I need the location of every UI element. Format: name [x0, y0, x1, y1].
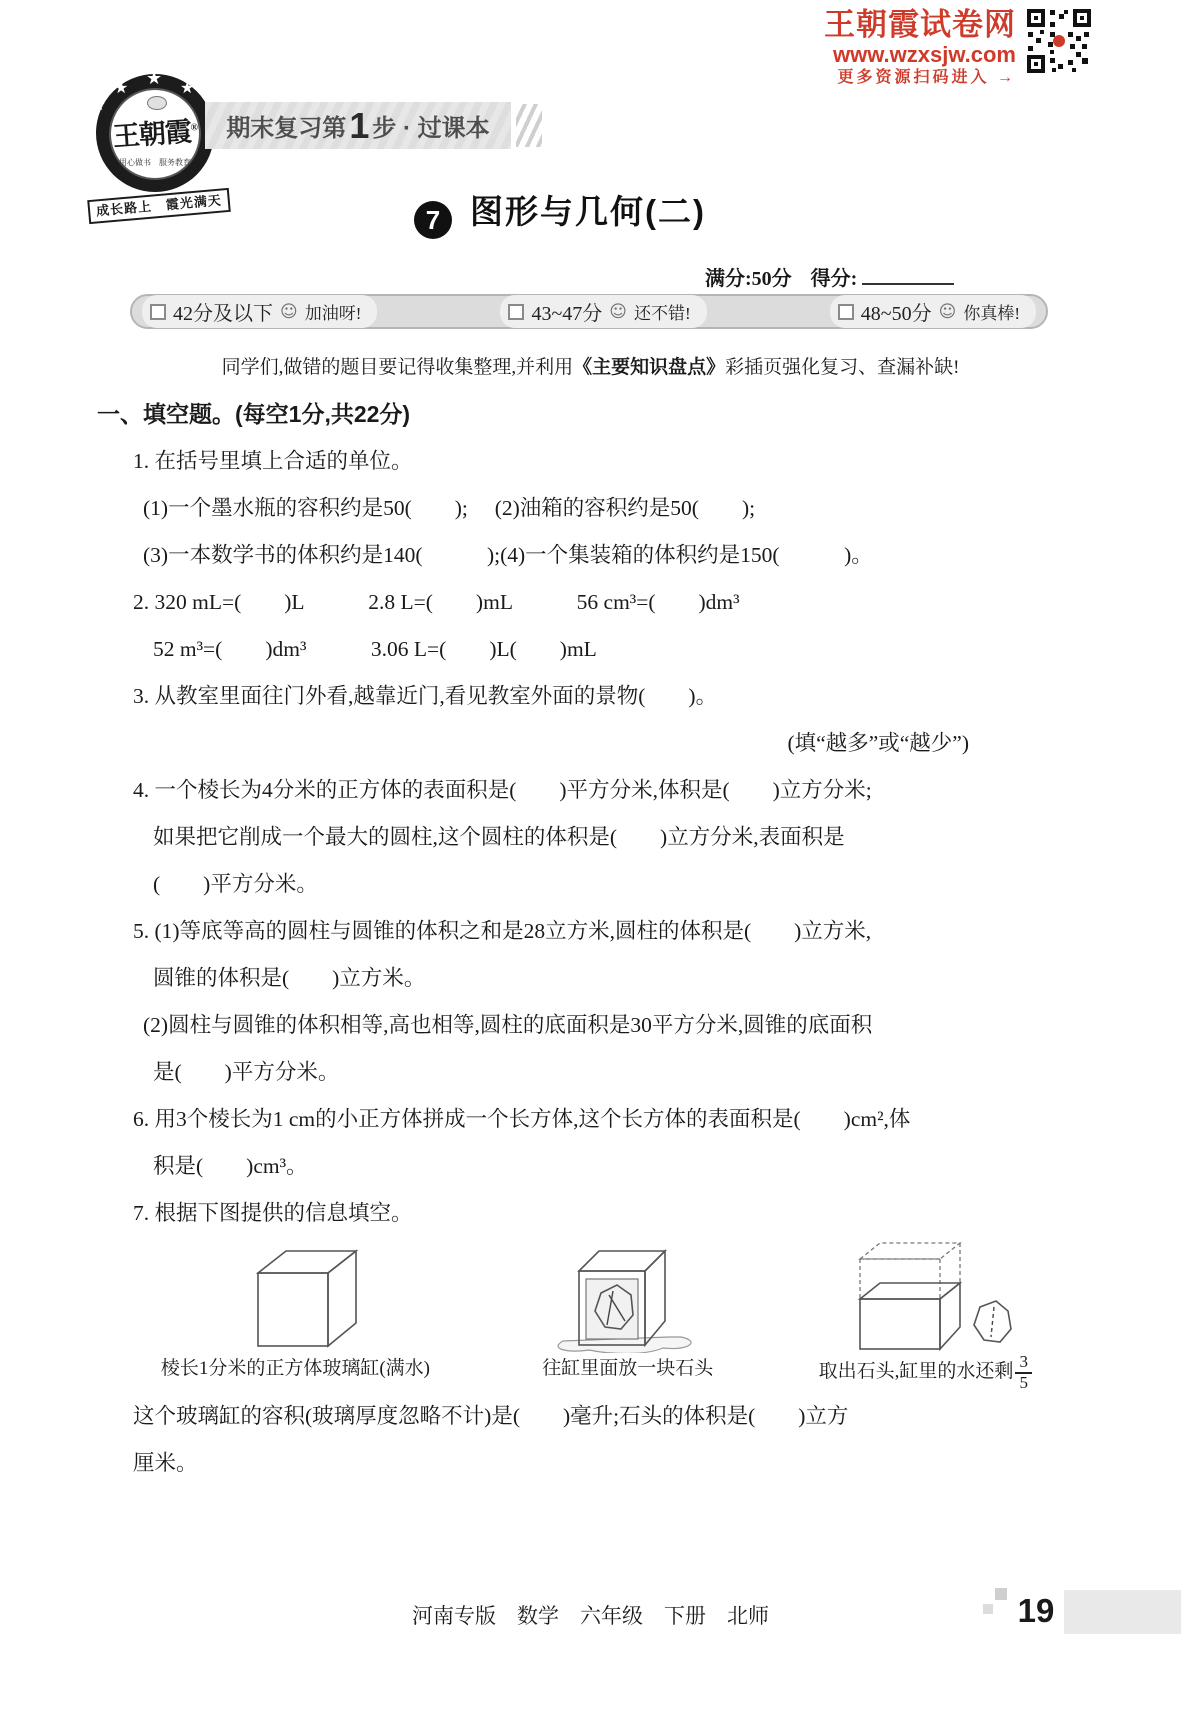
q7-figures — [97, 1241, 1089, 1353]
score-band-low: 42分及以下 ☺ 加油呀! — [142, 295, 377, 328]
logo-motto: 用心做书 服务教育 — [111, 157, 199, 168]
score-blank-line — [862, 269, 954, 285]
checkbox-high[interactable] — [838, 304, 854, 320]
q6-line: 积是( )cm³。 — [97, 1143, 1089, 1190]
section-title: 一、填空题。(每空1分,共22分) — [97, 391, 1089, 438]
q7-captions: 棱长1分米的正方体玻璃缸(满水) 往缸里面放一块石头 取出石头,缸里的水还剩35 — [97, 1353, 1089, 1393]
q6-line: 6. 用3个棱长为1 cm的小正方体拼成一个长方体,这个长方体的表面积是( )c… — [97, 1096, 1089, 1143]
star-icon: ★ — [114, 78, 128, 97]
got-score-label: 得分: — [811, 268, 858, 290]
figure-full-tank — [97, 1241, 494, 1353]
q2-line: 2. 320 mL=( )L 2.8 L=( )mL 56 cm³=( )dm³ — [97, 579, 1089, 626]
band-range-label: 48~50分 — [861, 297, 932, 326]
worksheet-page: 王朝霞试卷网 www.wzxsjw.com 更多资源扫码进入 → ★ ★ ★ ★… — [0, 0, 1181, 1730]
qr-code-icon — [1026, 8, 1092, 74]
site-tagline: 更多资源扫码进入 → — [720, 67, 1016, 89]
score-line: 满分:50分 得分: — [705, 262, 955, 291]
page-title: 图形与几何(二) — [470, 193, 706, 230]
study-note: 同学们,做错的题目要记得收集整理,并利用《主要知识盘点》彩插页强化复习、查漏补缺… — [0, 352, 1181, 379]
q1-line: (3)一本数学书的体积约是140( );(4)一个集装箱的体积约是150( )。 — [97, 532, 1089, 579]
fraction-three-fifths: 35 — [1015, 1353, 1032, 1392]
site-name: 王朝霞试卷网 — [720, 8, 1016, 42]
figure-caption: 往缸里面放一块石头 — [494, 1353, 762, 1393]
logo-inner-circle: 王朝霞® 用心做书 服务教育 — [109, 88, 201, 180]
full-score-label: 满分:50分 — [705, 268, 792, 290]
q1-stem: 1. 在括号里填上合适的单位。 — [97, 438, 1089, 485]
paper-title-row: 7 图形与几何(二) — [0, 186, 1120, 239]
q3-hint: (填“越多”或“越少”) — [97, 720, 1089, 767]
figure-caption: 棱长1分米的正方体玻璃缸(满水) — [97, 1353, 494, 1393]
brand-block: 王朝霞试卷网 www.wzxsjw.com 更多资源扫码进入 → — [720, 8, 1016, 89]
q7-line: 这个玻璃缸的容积(玻璃厚度忽略不计)是( )毫升;石头的体积是( )立方 — [97, 1393, 1089, 1440]
page-band-square — [995, 1588, 1007, 1600]
q4-line: 4. 一个棱长为4分米的正方体的表面积是( )平方分米,体积是( )立方分米; — [97, 767, 1089, 814]
site-url: www.wzxsjw.com — [720, 42, 1016, 67]
note-post: 彩插页强化复习、查漏补缺! — [725, 357, 959, 378]
star-icon: ★ — [146, 68, 162, 89]
band-range-label: 43~47分 — [531, 297, 602, 326]
banner-suffix: 步 · 过课本 — [372, 108, 489, 143]
smiley-face-icon: ☺ — [609, 302, 627, 322]
questions-section: 一、填空题。(每空1分,共22分) 1. 在括号里填上合适的单位。 (1)一个墨… — [97, 391, 1089, 1487]
banner-slash-decoration — [516, 104, 542, 147]
band-range-label: 42分及以下 — [173, 297, 273, 326]
banner-step-number: 1 — [349, 105, 369, 147]
band-praise-label: 你真棒! — [963, 299, 1020, 324]
checkbox-mid[interactable] — [508, 304, 524, 320]
note-bold: 《主要知识盘点》 — [573, 357, 725, 378]
footer-edition-info: 河南专版 数学 六年级 下册 北师 — [0, 1600, 1181, 1630]
logo-name: 王朝霞® — [110, 109, 201, 154]
score-band-mid: 43~47分 ☺ 还不错! — [500, 295, 706, 328]
smiley-face-icon: ☺ — [939, 302, 957, 322]
banner-prefix: 期末复习第 — [226, 108, 346, 143]
star-icon: ★ — [180, 78, 194, 97]
page-number-band — [1064, 1590, 1181, 1634]
score-band-bar: 42分及以下 ☺ 加油呀! 43~47分 ☺ 还不错! 48~50分 ☺ 你真棒… — [130, 294, 1048, 329]
portrait-icon — [147, 96, 167, 110]
figure-tank-with-stone — [494, 1241, 762, 1353]
q7-line: 厘米。 — [97, 1440, 1089, 1487]
q5-line: 是( )平方分米。 — [97, 1049, 1089, 1096]
page-band-square — [983, 1604, 993, 1614]
registered-mark: ® — [190, 122, 197, 133]
figure-caption: 取出石头,缸里的水还剩35 — [762, 1353, 1089, 1393]
review-step-banner: 期末复习第 1 步 · 过课本 — [205, 102, 511, 149]
smiley-face-icon: ☺ — [280, 302, 298, 322]
score-band-high: 48~50分 ☺ 你真棒! — [830, 295, 1036, 328]
q2-line: 52 m³=( )dm³ 3.06 L=( )L( )mL — [97, 626, 1089, 673]
q4-line: 如果把它削成一个最大的圆柱,这个圆柱的体积是( )立方分米,表面积是 — [97, 814, 1089, 861]
note-pre: 同学们,做错的题目要记得收集整理,并利用 — [222, 357, 574, 378]
q3-stem: 3. 从教室里面往门外看,越靠近门,看见教室外面的景物( )。 — [97, 673, 1089, 720]
page-number: 19 — [1008, 1588, 1064, 1634]
checkbox-low[interactable] — [150, 304, 166, 320]
band-praise-label: 加油呀! — [305, 299, 362, 324]
band-praise-label: 还不错! — [634, 299, 691, 324]
q7-stem: 7. 根据下图提供的信息填空。 — [97, 1190, 1089, 1237]
figure-tank-water-remaining — [762, 1241, 1089, 1353]
q5-line: 圆锥的体积是( )立方米。 — [97, 955, 1089, 1002]
q5-line: 5. (1)等底等高的圆柱与圆锥的体积之和是28立方米,圆柱的体积是( )立方米… — [97, 908, 1089, 955]
logo-circle: ★ ★ ★ ★ ★ 王朝霞® 用心做书 服务教育 — [96, 74, 214, 192]
q4-line: ( )平方分米。 — [97, 861, 1089, 908]
q1-line: (1)一个墨水瓶的容积约是50( ); (2)油箱的容积约是50( ); — [97, 485, 1089, 532]
q5-line: (2)圆柱与圆锥的体积相等,高也相等,圆柱的底面积是30平方分米,圆锥的底面积 — [97, 1002, 1089, 1049]
star-icon: ★ — [92, 96, 105, 114]
title-number-badge: 7 — [414, 201, 452, 239]
